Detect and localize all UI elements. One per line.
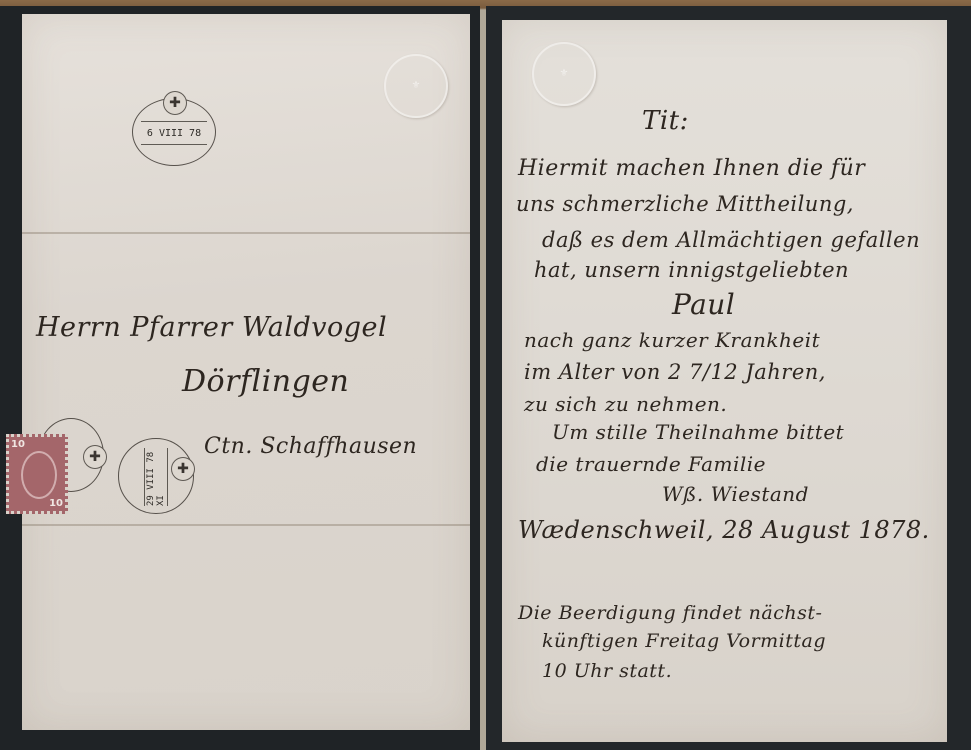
- deceased-name: Paul: [672, 288, 735, 321]
- swiss-cross-icon: ✚: [163, 91, 187, 115]
- stamp-value: 10: [11, 439, 25, 450]
- notice-line: daß es dem Allmächtigen gefallen: [542, 228, 920, 252]
- notice-line: hat, unsern innigstgeliebten: [534, 258, 849, 282]
- postmark-date: 6 VIII 78: [141, 121, 207, 145]
- notice-line: Hiermit machen Ihnen die für: [518, 156, 865, 181]
- place-and-date: Wædenschweil, 28 August 1878.: [518, 516, 930, 544]
- notice-line: zu sich zu nehmen.: [524, 392, 727, 416]
- fold-line: [22, 232, 470, 234]
- letter-cover-page: ⚜ ✚ 6 VIII 78 Herrn Pfarrer Waldvogel Dö…: [22, 14, 470, 730]
- postage-stamp: 10 10: [6, 434, 68, 514]
- postscript-line: künftigen Freitag Vormittag: [542, 630, 826, 652]
- address-line-canton: Ctn. Schaffhausen: [204, 434, 417, 459]
- notice-line: im Alter von 2 7/12 Jahren,: [524, 360, 826, 384]
- postmark-top: ✚ 6 VIII 78: [132, 98, 216, 166]
- swiss-cross-icon: ✚: [171, 457, 195, 481]
- swiss-cross-icon: ✚: [83, 445, 107, 469]
- notice-line: die trauernde Familie: [536, 452, 766, 476]
- postscript-line: 10 Uhr statt.: [542, 660, 672, 682]
- stamp-value: 10: [49, 498, 63, 509]
- fold-line: [22, 524, 470, 526]
- postmark-date: 29 VIII 78 XI: [144, 448, 168, 506]
- salutation: Tit:: [642, 106, 689, 136]
- embossed-crest-icon: ⚜: [384, 54, 448, 118]
- address-line-town: Dörflingen: [182, 364, 349, 399]
- notice-line: uns schmerzliche Mittheilung,: [516, 192, 854, 216]
- postmark-transit: ✚ 29 VIII 78 XI: [118, 438, 194, 514]
- notice-line: nach ganz kurzer Krankheit: [524, 328, 820, 352]
- notice-line: Um stille Theilnahme bittet: [552, 420, 844, 444]
- letter-notice-page: ⚜ Tit: Hiermit machen Ihnen die für uns …: [502, 20, 947, 742]
- embossed-crest-icon: ⚜: [532, 42, 596, 106]
- stamp-helvetia-icon: [21, 451, 57, 499]
- postscript-line: Die Beerdigung findet nächst-: [518, 602, 822, 624]
- address-line-recipient: Herrn Pfarrer Waldvogel: [36, 312, 387, 343]
- signature: Wß. Wiestand: [662, 482, 809, 506]
